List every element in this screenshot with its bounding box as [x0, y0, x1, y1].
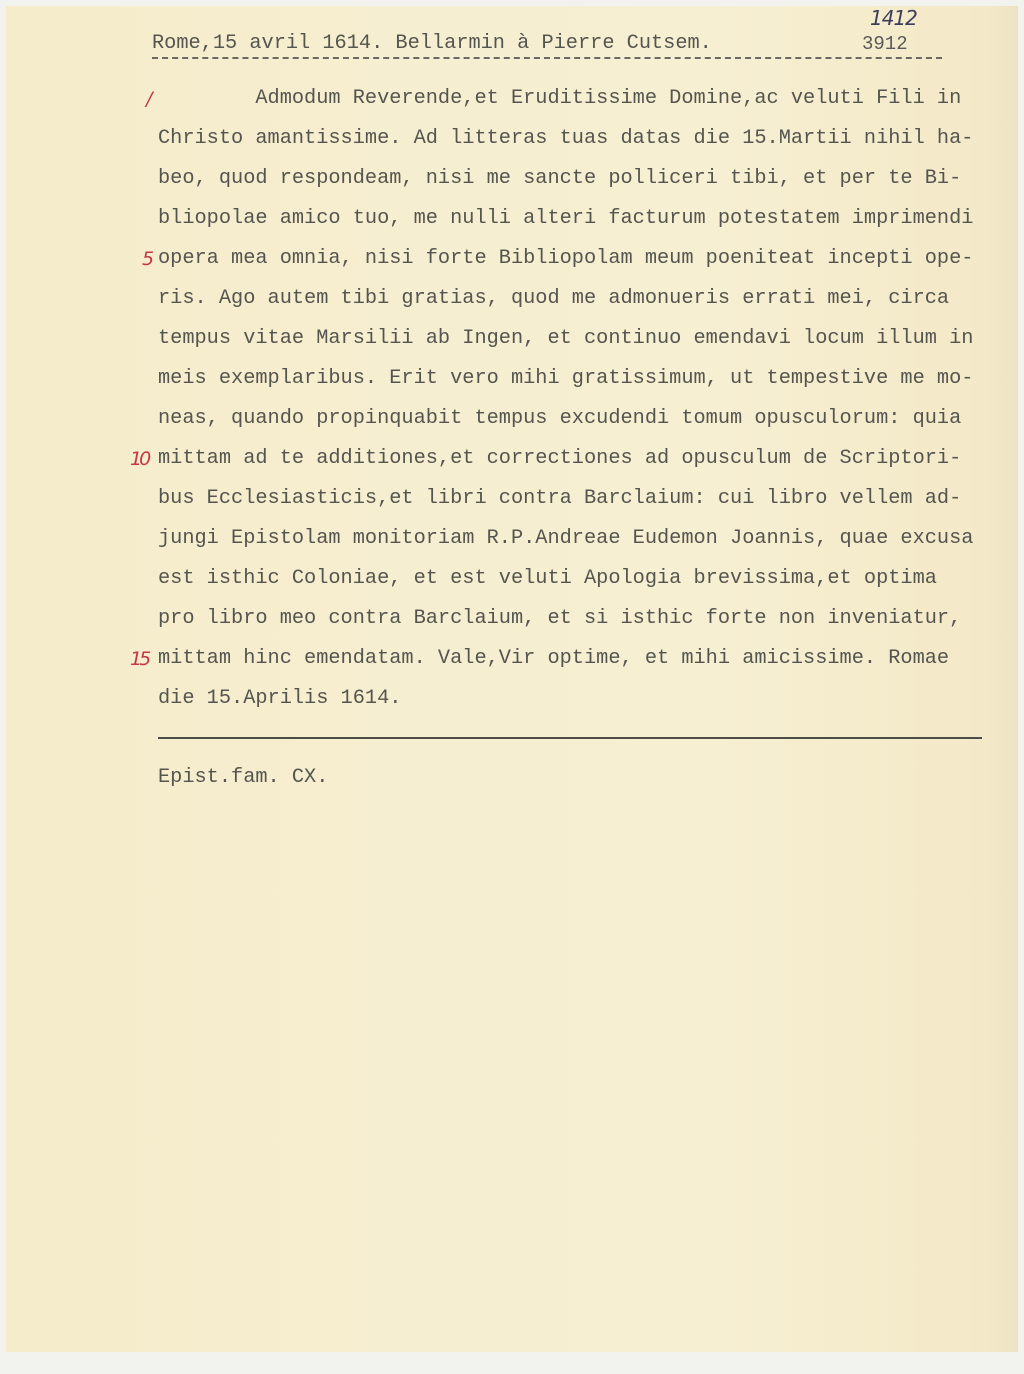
- text-line-7: tempus vitae Marsilii ab Ingen, et conti…: [158, 327, 973, 351]
- scanned-page: 1412 Rome,15 avril 1614. Bellarmin à Pie…: [0, 0, 1024, 1374]
- typed-page-number: 3912: [862, 32, 908, 56]
- text-line-11: bus Ecclesiasticis,et libri contra Barcl…: [158, 487, 961, 511]
- margin-line-number-5: 5: [142, 247, 154, 271]
- source-reference: Epist.fam. CX.: [158, 766, 328, 790]
- text-line-13: est isthic Coloniae, et est veluti Apolo…: [158, 567, 937, 591]
- text-line-4: bliopolae amico tuo, me nulli alteri fac…: [158, 207, 973, 231]
- letter-heading: Rome,15 avril 1614. Bellarmin à Pierre C…: [152, 32, 942, 59]
- text-line-10: mittam ad te additiones,et correctiones …: [158, 447, 961, 471]
- text-line-6: ris. Ago autem tibi gratias, quod me adm…: [158, 287, 949, 311]
- margin-mark-1: /: [146, 87, 152, 111]
- text-line-2: Christo amantissime. Ad litteras tuas da…: [158, 127, 973, 151]
- text-line-1: Admodum Reverende,et Eruditissime Domine…: [158, 87, 961, 111]
- text-line-8: meis exemplaribus. Erit vero mihi gratis…: [158, 367, 973, 391]
- margin-line-number-15: 15: [130, 647, 148, 671]
- horizontal-divider: [158, 737, 982, 739]
- text-line-16: die 15.Aprilis 1614.: [158, 687, 401, 711]
- text-line-12: jungi Epistolam monitoriam R.P.Andreae E…: [158, 527, 973, 551]
- text-line-14: pro libro meo contra Barclaium, et si is…: [158, 607, 961, 631]
- margin-line-number-10: 10: [130, 447, 148, 471]
- text-line-3: beo, quod respondeam, nisi me sancte pol…: [158, 167, 961, 191]
- text-line-5: opera mea omnia, nisi forte Bibliopolam …: [158, 247, 973, 271]
- handwritten-page-number: 1412: [870, 6, 917, 30]
- text-line-15: mittam hinc emendatam. Vale,Vir optime, …: [158, 647, 949, 671]
- text-line-9: neas, quando propinquabit tempus excuden…: [158, 407, 961, 431]
